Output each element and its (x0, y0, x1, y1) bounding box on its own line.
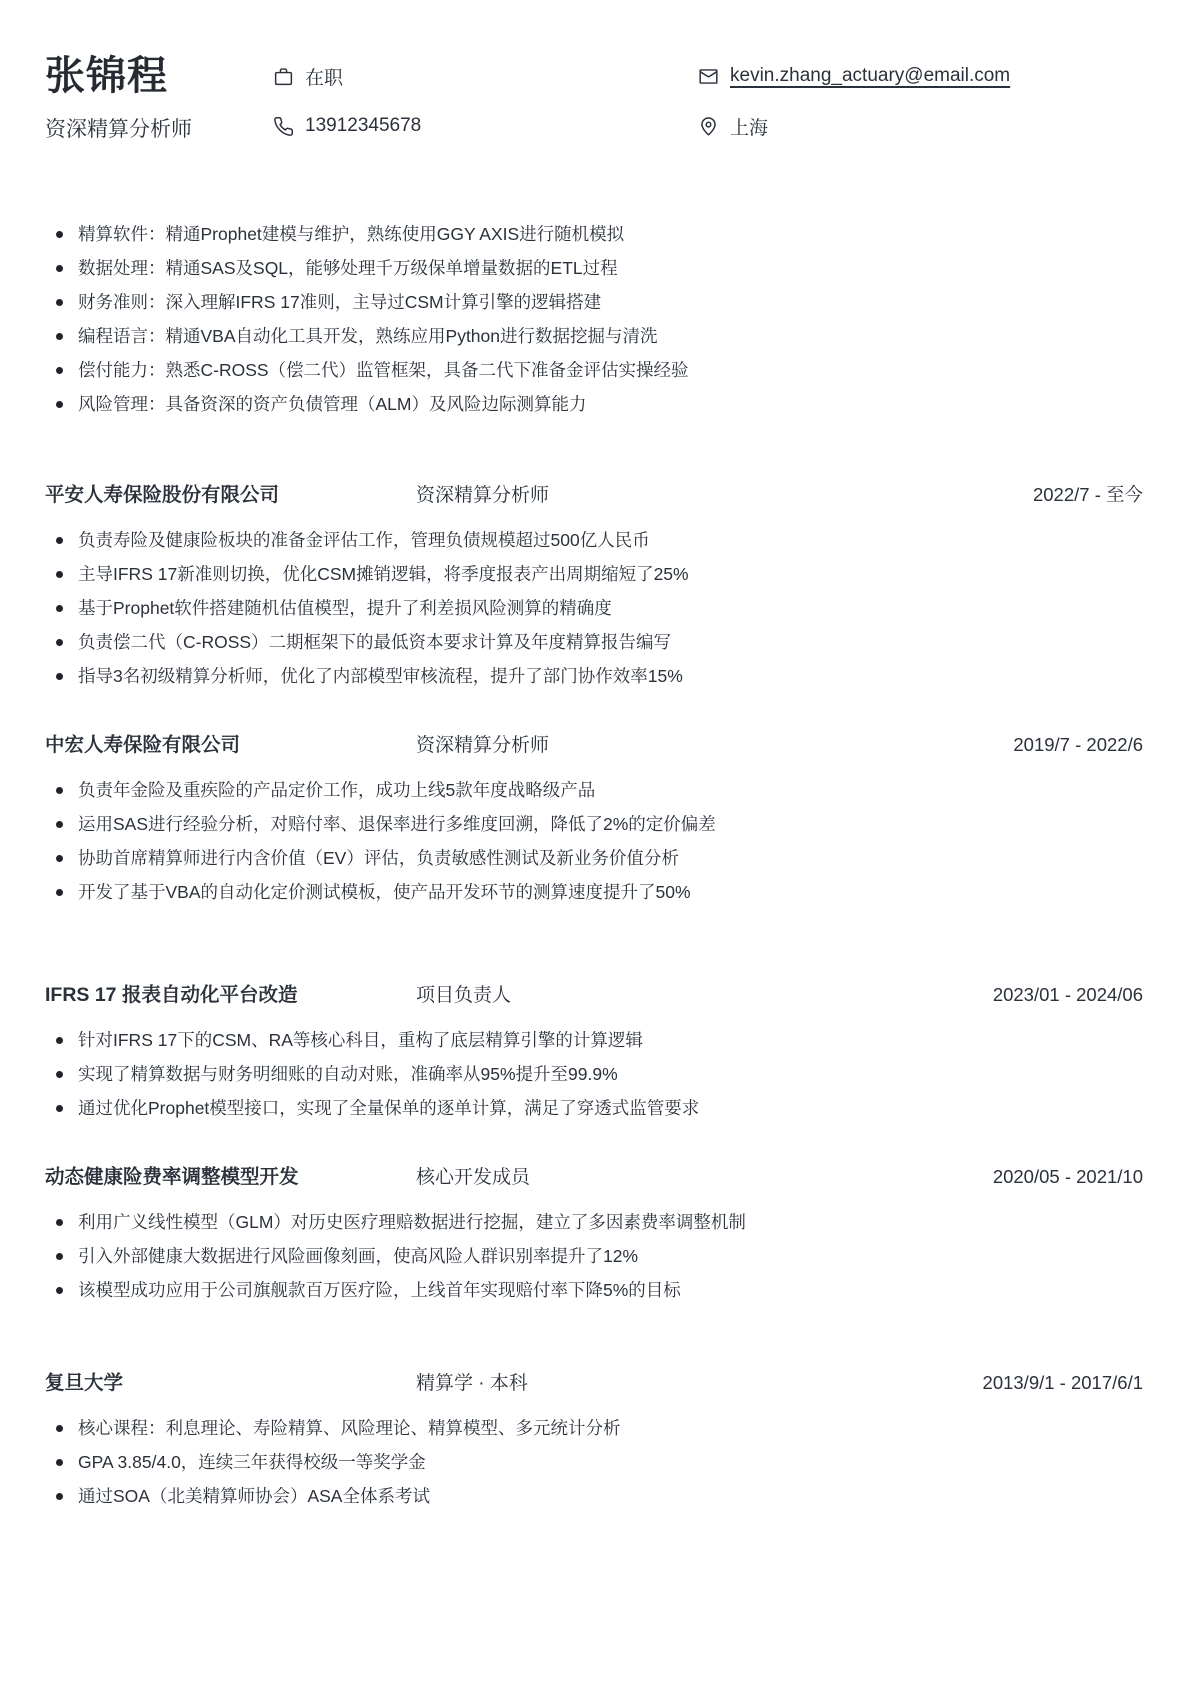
project-name: IFRS 17 报表自动化平台改造 (45, 979, 416, 1007)
job-period: 2019/7 - 2022/6 (1013, 734, 1143, 756)
candidate-name: 张锦程 (45, 50, 273, 102)
project-entry-header: IFRS 17 报表自动化平台改造 项目负责人 2023/01 - 2024/0… (45, 979, 1143, 1007)
project-name: 动态健康险费率调整模型开发 (45, 1161, 416, 1189)
company-name: 中宏人寿保险有限公司 (45, 729, 416, 757)
location-item: 上海 (698, 112, 1143, 140)
project-bullet: 引入外部健康大数据进行风险画像刻画，使高风险人群识别率提升了12% (45, 1239, 1143, 1273)
project-role: 项目负责人 (416, 980, 993, 1007)
candidate-title: 资深精算分析师 (45, 113, 273, 143)
location-text: 上海 (730, 113, 768, 140)
phone-item: 13912345678 (273, 112, 698, 140)
job-role: 资深精算分析师 (416, 480, 1033, 507)
education-bullet: 通过SOA（北美精算师协会）ASA全体系考试 (45, 1479, 1143, 1513)
experience-entry-header: 中宏人寿保险有限公司 资深精算分析师 2019/7 - 2022/6 (45, 729, 1143, 757)
experience-bullet: 负责寿险及健康险板块的准备金评估工作，管理负债规模超过500亿人民币 (45, 523, 1143, 557)
email-link[interactable]: kevin.zhang_actuary@email.com (730, 65, 1010, 87)
education-section: 复旦大学 精算学 · 本科 2013/9/1 - 2017/6/1 核心课程：利… (45, 1367, 1143, 1513)
skill-item: 财务准则：深入理解IFRS 17准则，主导过CSM计算引擎的逻辑搭建 (45, 285, 1143, 319)
experience-bullet: 基于Prophet软件搭建随机估值模型，提升了利差损风险测算的精确度 (45, 591, 1143, 625)
project-entry: IFRS 17 报表自动化平台改造 项目负责人 2023/01 - 2024/0… (45, 979, 1143, 1125)
project-bullet: 该模型成功应用于公司旗舰款百万医疗险，上线首年实现赔付率下降5%的目标 (45, 1273, 1143, 1307)
phone-text: 13912345678 (305, 115, 421, 137)
experience-bullet: 主导IFRS 17新准则切换，优化CSM摊销逻辑，将季度报表产出周期缩短了25% (45, 557, 1143, 591)
skills-section: 精算软件：精通Prophet建模与维护，熟练使用GGY AXIS进行随机模拟 数… (45, 217, 1143, 421)
education-bullet: GPA 3.85/4.0，连续三年获得校级一等奖学金 (45, 1445, 1143, 1479)
education-bullet: 核心课程：利息理论、寿险精算、风险理论、精算模型、多元统计分析 (45, 1411, 1143, 1445)
mail-icon (698, 66, 719, 87)
education-entry: 复旦大学 精算学 · 本科 2013/9/1 - 2017/6/1 核心课程：利… (45, 1367, 1143, 1513)
project-bullet: 实现了精算数据与财务明细账的自动对账，准确率从95%提升至99.9% (45, 1057, 1143, 1091)
education-period: 2013/9/1 - 2017/6/1 (983, 1372, 1143, 1394)
name-block: 张锦程 资深精算分析师 (45, 50, 273, 143)
experience-bullet: 运用SAS进行经验分析，对赔付率、退保率进行多维度回溯，降低了2%的定价偏差 (45, 807, 1143, 841)
experience-bullet: 负责偿二代（C-ROSS）二期框架下的最低资本要求计算及年度精算报告编写 (45, 625, 1143, 659)
experience-bullets: 负责寿险及健康险板块的准备金评估工作，管理负债规模超过500亿人民币 主导IFR… (45, 523, 1143, 693)
phone-icon (273, 116, 294, 137)
employment-status-text: 在职 (305, 63, 343, 90)
employment-status-item: 在职 (273, 62, 698, 90)
project-entry: 动态健康险费率调整模型开发 核心开发成员 2020/05 - 2021/10 利… (45, 1161, 1143, 1307)
project-period: 2023/01 - 2024/06 (993, 984, 1143, 1006)
project-entry-header: 动态健康险费率调整模型开发 核心开发成员 2020/05 - 2021/10 (45, 1161, 1143, 1189)
resume-header: 张锦程 资深精算分析师 在职 kevin.zhang_actuary@email… (45, 50, 1143, 143)
contact-grid: 在职 kevin.zhang_actuary@email.com 1391234… (273, 50, 1143, 140)
job-period: 2022/7 - 至今 (1033, 481, 1143, 507)
email-item: kevin.zhang_actuary@email.com (698, 62, 1143, 90)
skill-item: 编程语言：精通VBA自动化工具开发，熟练应用Python进行数据挖掘与清洗 (45, 319, 1143, 353)
resume-page: 张锦程 资深精算分析师 在职 kevin.zhang_actuary@email… (0, 0, 1191, 1513)
project-bullets: 利用广义线性模型（GLM）对历史医疗理赔数据进行挖掘，建立了多因素费率调整机制 … (45, 1205, 1143, 1307)
school-name: 复旦大学 (45, 1367, 416, 1395)
project-bullet: 通过优化Prophet模型接口，实现了全量保单的逐单计算，满足了穿透式监管要求 (45, 1091, 1143, 1125)
experience-bullets: 负责年金险及重疾险的产品定价工作，成功上线5款年度战略级产品 运用SAS进行经验… (45, 773, 1143, 909)
skill-item: 精算软件：精通Prophet建模与维护，熟练使用GGY AXIS进行随机模拟 (45, 217, 1143, 251)
project-bullets: 针对IFRS 17下的CSM、RA等核心科目，重构了底层精算引擎的计算逻辑 实现… (45, 1023, 1143, 1125)
company-name: 平安人寿保险股份有限公司 (45, 479, 416, 507)
skill-item: 风险管理：具备资深的资产负债管理（ALM）及风险边际测算能力 (45, 387, 1143, 421)
job-role: 资深精算分析师 (416, 730, 1013, 757)
experience-section: 平安人寿保险股份有限公司 资深精算分析师 2022/7 - 至今 负责寿险及健康… (45, 479, 1143, 909)
experience-bullet: 指导3名初级精算分析师，优化了内部模型审核流程，提升了部门协作效率15% (45, 659, 1143, 693)
education-bullets: 核心课程：利息理论、寿险精算、风险理论、精算模型、多元统计分析 GPA 3.85… (45, 1411, 1143, 1513)
experience-entry: 平安人寿保险股份有限公司 资深精算分析师 2022/7 - 至今 负责寿险及健康… (45, 479, 1143, 693)
project-role: 核心开发成员 (416, 1162, 993, 1189)
projects-section: IFRS 17 报表自动化平台改造 项目负责人 2023/01 - 2024/0… (45, 979, 1143, 1307)
skill-item: 偿付能力：熟悉C-ROSS（偿二代）监管框架，具备二代下准备金评估实操经验 (45, 353, 1143, 387)
project-period: 2020/05 - 2021/10 (993, 1166, 1143, 1188)
experience-bullet: 开发了基于VBA的自动化定价测试模板，使产品开发环节的测算速度提升了50% (45, 875, 1143, 909)
degree: 精算学 · 本科 (416, 1368, 983, 1395)
project-bullet: 利用广义线性模型（GLM）对历史医疗理赔数据进行挖掘，建立了多因素费率调整机制 (45, 1205, 1143, 1239)
education-entry-header: 复旦大学 精算学 · 本科 2013/9/1 - 2017/6/1 (45, 1367, 1143, 1395)
experience-entry: 中宏人寿保险有限公司 资深精算分析师 2019/7 - 2022/6 负责年金险… (45, 729, 1143, 909)
skill-item: 数据处理：精通SAS及SQL，能够处理千万级保单增量数据的ETL过程 (45, 251, 1143, 285)
project-bullet: 针对IFRS 17下的CSM、RA等核心科目，重构了底层精算引擎的计算逻辑 (45, 1023, 1143, 1057)
experience-bullet: 协助首席精算师进行内含价值（EV）评估，负责敏感性测试及新业务价值分析 (45, 841, 1143, 875)
skills-list: 精算软件：精通Prophet建模与维护，熟练使用GGY AXIS进行随机模拟 数… (45, 217, 1143, 421)
briefcase-icon (273, 66, 294, 87)
experience-entry-header: 平安人寿保险股份有限公司 资深精算分析师 2022/7 - 至今 (45, 479, 1143, 507)
map-pin-icon (698, 116, 719, 137)
experience-bullet: 负责年金险及重疾险的产品定价工作，成功上线5款年度战略级产品 (45, 773, 1143, 807)
